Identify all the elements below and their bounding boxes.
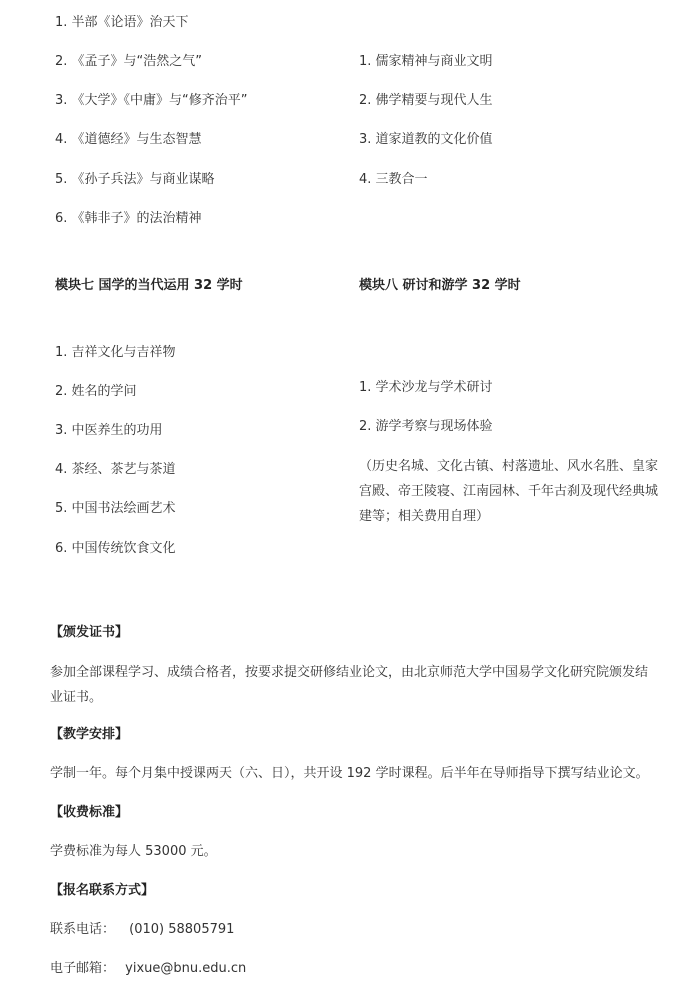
certificate-text: 参加全部课程学习、成绩合格者，按要求提交研修结业论文，由北京师范大学中国易学文化…	[50, 660, 660, 710]
list-item: 2. 《孟子》与“浩然之气”	[55, 53, 202, 71]
list-item: 6. 《韩非子》的法治精神	[55, 210, 202, 228]
list-item: 5. 《孙子兵法》与商业谋略	[55, 171, 215, 189]
module8-note: （历史名城、文化古镇、村落遗址、风水名胜、皇家宫殿、帝王陵寝、江南园林、千年古刹…	[359, 454, 659, 529]
certificate-heading: 【颁发证书】	[50, 624, 128, 642]
list-item: 1. 半部《论语》治天下	[55, 14, 189, 32]
list-item: 3. 《大学》《中庸》与“修齐治平”	[55, 92, 248, 110]
module8-title: 模块八 研讨和游学 32 学时	[359, 277, 521, 295]
contact-phone-row: 联系电话： (010) 58805791	[50, 921, 234, 939]
schedule-text: 学制一年。每个月集中授课两天（六、日），共开设 192 学时课程。后半年在导师指…	[50, 765, 649, 783]
list-item: 1. 吉祥文化与吉祥物	[55, 344, 176, 362]
list-item: 1. 学术沙龙与学术研讨	[359, 379, 493, 397]
list-item: 6. 中国传统饮食文化	[55, 540, 176, 558]
fees-text: 学费标准为每人 53000 元。	[50, 843, 217, 861]
list-item: 3. 道家道教的文化价值	[359, 131, 493, 149]
list-item: 2. 游学考察与现场体验	[359, 418, 493, 436]
email-label: 电子邮箱：	[50, 961, 115, 976]
list-item: 4. 茶经、茶艺与茶道	[55, 461, 176, 479]
list-item: 1. 儒家精神与商业文明	[359, 53, 493, 71]
phone-label: 联系电话：	[50, 922, 115, 937]
contact-email-row: 电子邮箱： yixue@bnu.edu.cn	[50, 960, 246, 978]
module7-title: 模块七 国学的当代运用 32 学时	[55, 277, 243, 295]
phone-value: (010) 58805791	[129, 922, 234, 937]
list-item: 2. 姓名的学问	[55, 383, 137, 401]
schedule-heading: 【教学安排】	[50, 726, 128, 744]
list-item: 4. 三教合一	[359, 171, 428, 189]
list-item: 4. 《道德经》与生态智慧	[55, 131, 202, 149]
contact-heading: 【报名联系方式】	[50, 882, 154, 900]
fees-heading: 【收费标准】	[50, 804, 128, 822]
list-item: 3. 中医养生的功用	[55, 422, 163, 440]
list-item: 2. 佛学精要与现代人生	[359, 92, 493, 110]
email-link[interactable]: yixue@bnu.edu.cn	[125, 961, 246, 976]
list-item: 5. 中国书法绘画艺术	[55, 500, 176, 518]
